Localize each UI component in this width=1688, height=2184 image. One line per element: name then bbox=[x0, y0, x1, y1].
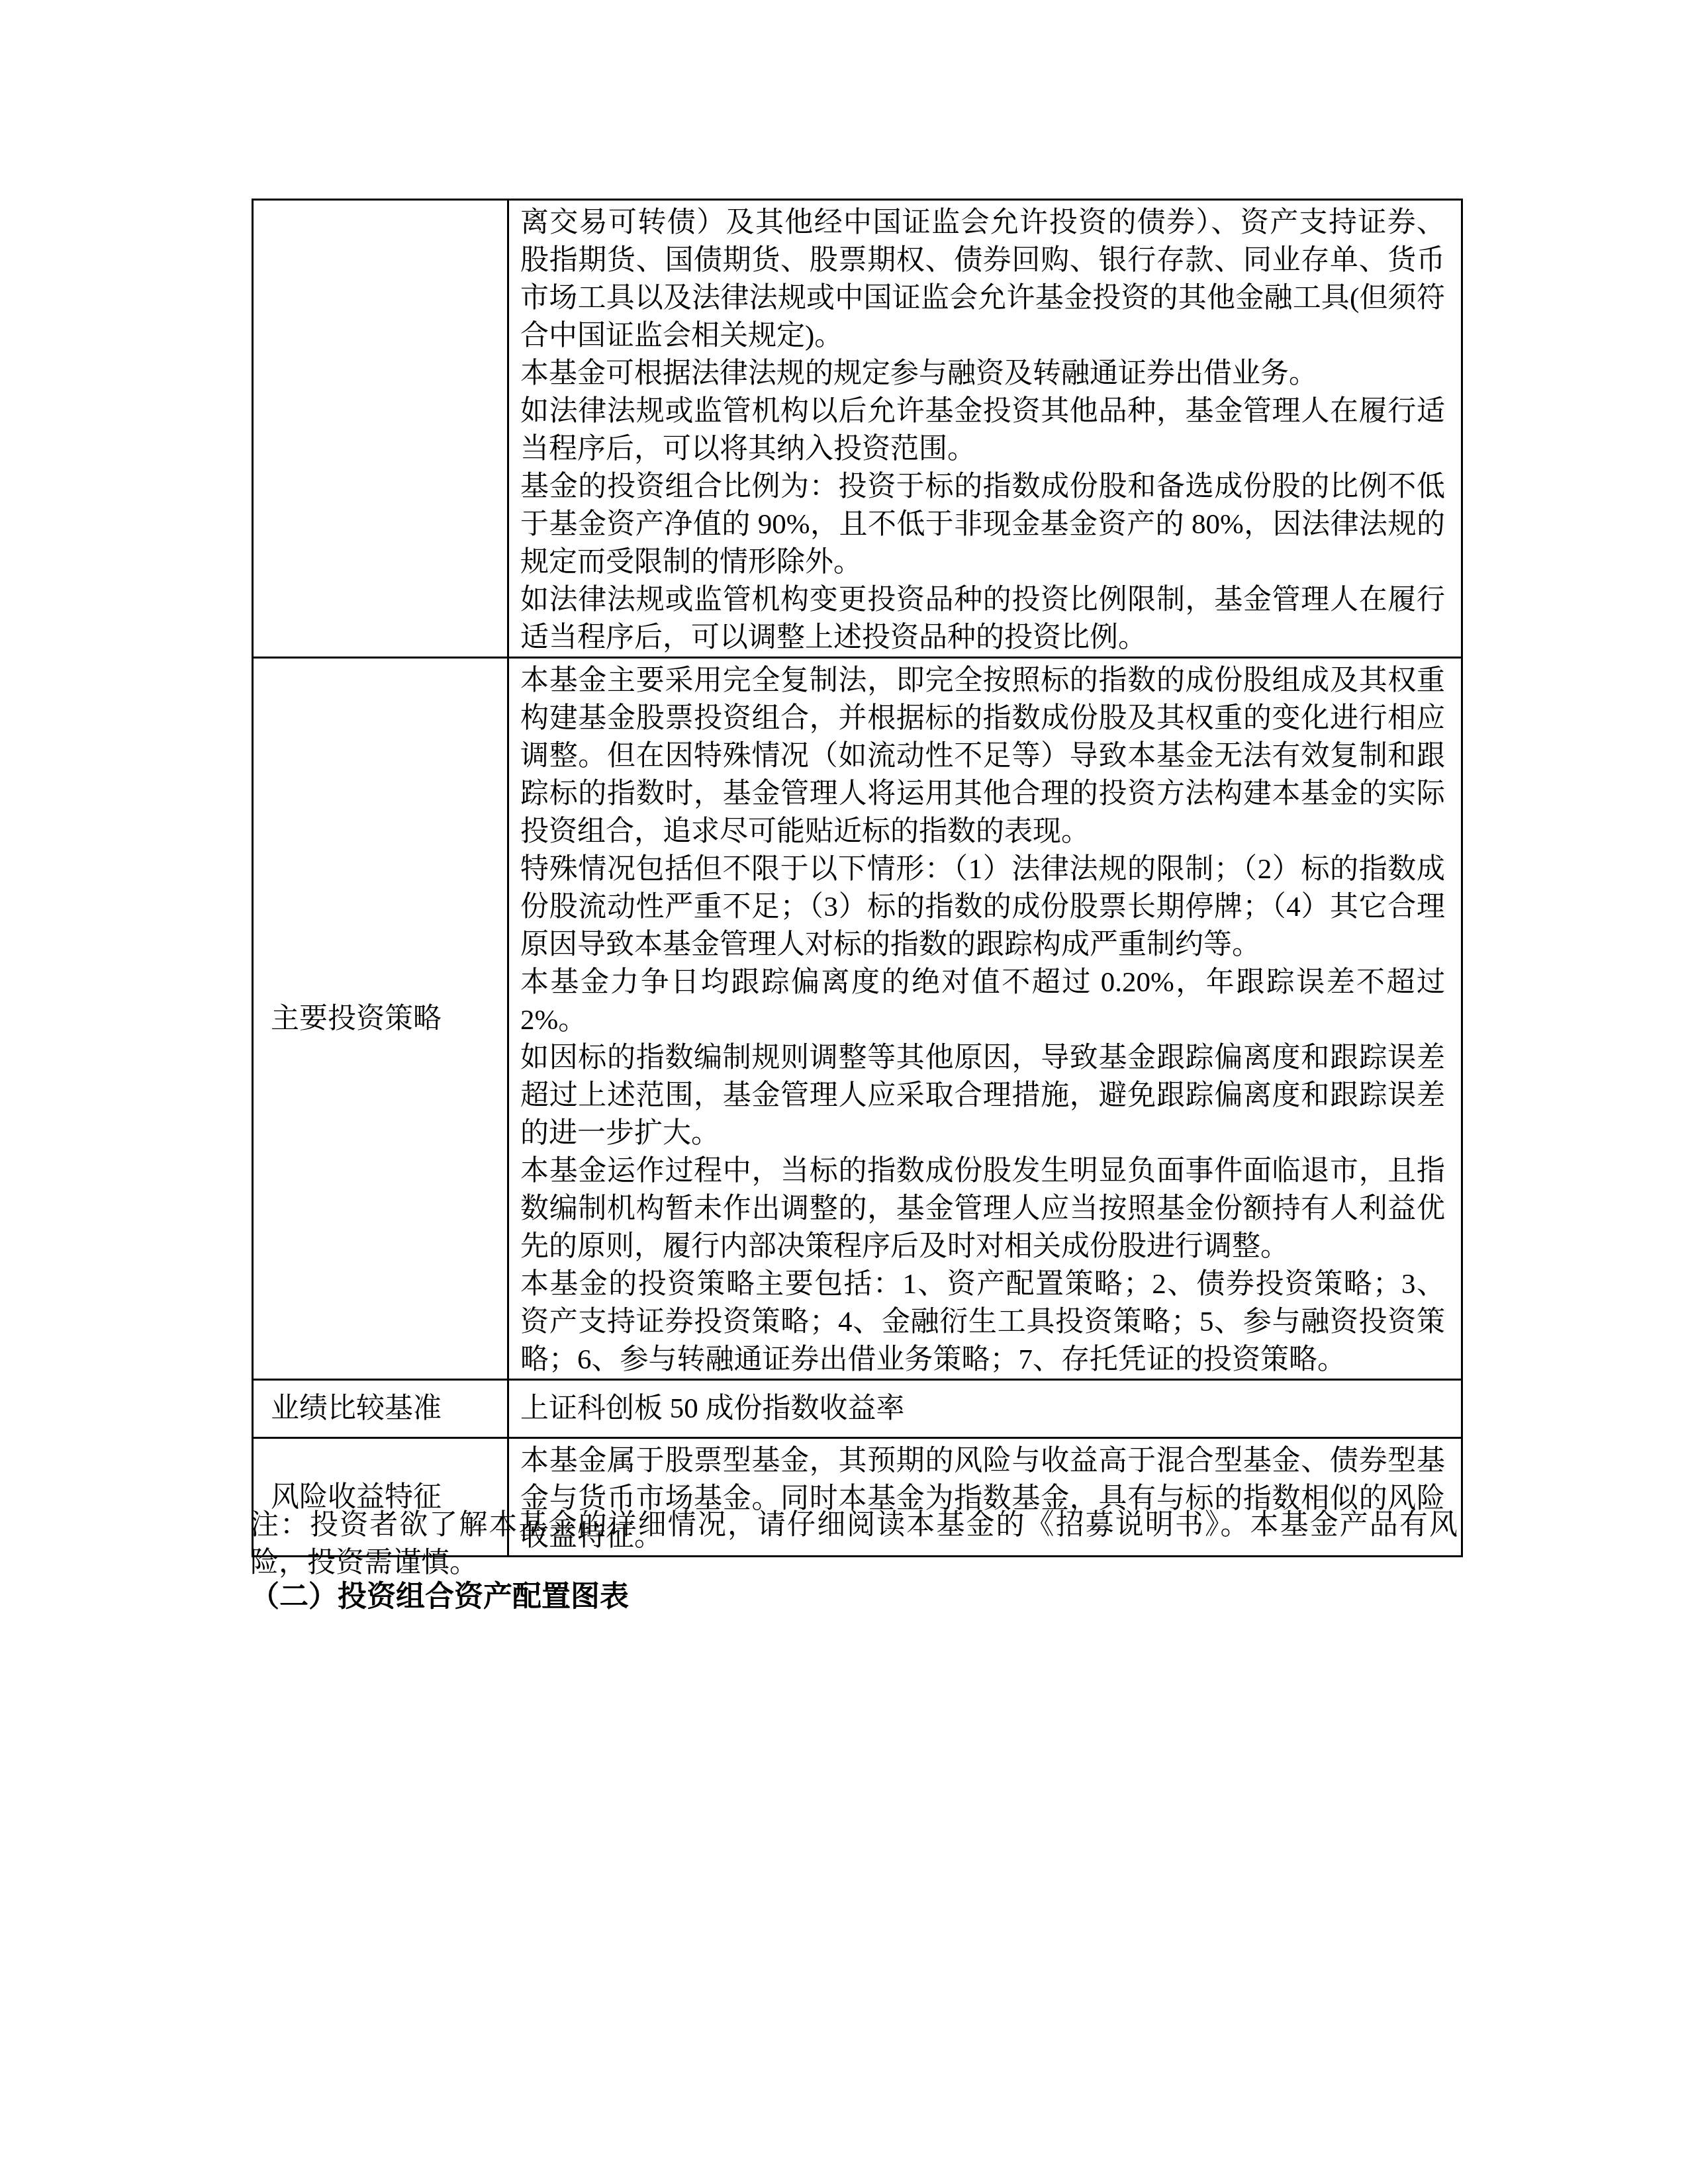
row-value-cell-benchmark: 上证科创板 50 成份指数收益率 bbox=[508, 1380, 1462, 1438]
table-row-investment-scope-continued: 离交易可转债）及其他经中国证监会允许投资的债券）、资产支持证券、股指期货、国债期… bbox=[253, 200, 1462, 658]
paragraph: 如因标的指数编制规则调整等其他原因，导致基金跟踪偏离度和跟踪误差超过上述范围，基… bbox=[520, 1039, 1445, 1152]
row-label: 主要投资策略 bbox=[271, 1003, 442, 1034]
paragraph: 如法律法规或监管机构变更投资品种的投资比例限制，基金管理人在履行适当程序后，可以… bbox=[520, 581, 1445, 657]
paragraph: 特殊情况包括但不限于以下情形：（1）法律法规的限制；（2）标的指数成份股流动性严… bbox=[520, 850, 1445, 964]
paragraph: 如法律法规或监管机构以后允许基金投资其他品种，基金管理人在履行适当程序后，可以将… bbox=[520, 392, 1445, 468]
paragraph: 本基金的投资策略主要包括：1、资产配置策略；2、债券投资策略；3、资产支持证券投… bbox=[520, 1265, 1445, 1379]
section-heading: （二）投资组合资产配置图表 bbox=[250, 1578, 1458, 1615]
paragraph: 本基金可根据法律法规的规定参与融资及转融通证券出借业务。 bbox=[520, 355, 1445, 392]
row-label-cell-empty bbox=[253, 200, 508, 658]
row-label: 业绩比较基准 bbox=[271, 1393, 442, 1424]
paragraph: 本基金运作过程中，当标的指数成份股发生明显负面事件面临退市，且指数编制机构暂未作… bbox=[520, 1152, 1445, 1265]
paragraph: 离交易可转债）及其他经中国证监会允许投资的债券）、资产支持证券、股指期货、国债期… bbox=[520, 204, 1445, 355]
table-row-benchmark: 业绩比较基准 上证科创板 50 成份指数收益率 bbox=[253, 1380, 1462, 1438]
paragraph: 基金的投资组合比例为：投资于标的指数成份股和备选成份股的比例不低于基金资产净值的… bbox=[520, 468, 1445, 581]
fund-summary-table: 离交易可转债）及其他经中国证监会允许投资的债券）、资产支持证券、股指期货、国债期… bbox=[252, 199, 1463, 1557]
paragraph: 本基金力争日均跟踪偏离度的绝对值不超过 0.20%，年跟踪误差不超过 2%。 bbox=[520, 964, 1445, 1039]
row-label-cell-benchmark: 业绩比较基准 bbox=[253, 1380, 508, 1438]
table-row-main-investment-strategy: 主要投资策略 本基金主要采用完全复制法，即完全按照标的指数的成份股组成及其权重构… bbox=[253, 658, 1462, 1380]
row-value-cell-investment-scope: 离交易可转债）及其他经中国证监会允许投资的债券）、资产支持证券、股指期货、国债期… bbox=[508, 200, 1462, 658]
paragraph: 上证科创板 50 成份指数收益率 bbox=[520, 1390, 1445, 1428]
row-value-cell-strategy: 本基金主要采用完全复制法，即完全按照标的指数的成份股组成及其权重构建基金股票投资… bbox=[508, 658, 1462, 1380]
footnote: 注：投资者欲了解本基金的详细情况，请仔细阅读本基金的《招募说明书》。本基金产品有… bbox=[250, 1506, 1458, 1582]
row-label-cell-strategy: 主要投资策略 bbox=[253, 658, 508, 1380]
document-page: { "table": { "rows": [ { "label": "", "p… bbox=[0, 0, 1688, 2184]
paragraph: 本基金主要采用完全复制法，即完全按照标的指数的成份股组成及其权重构建基金股票投资… bbox=[520, 662, 1445, 850]
